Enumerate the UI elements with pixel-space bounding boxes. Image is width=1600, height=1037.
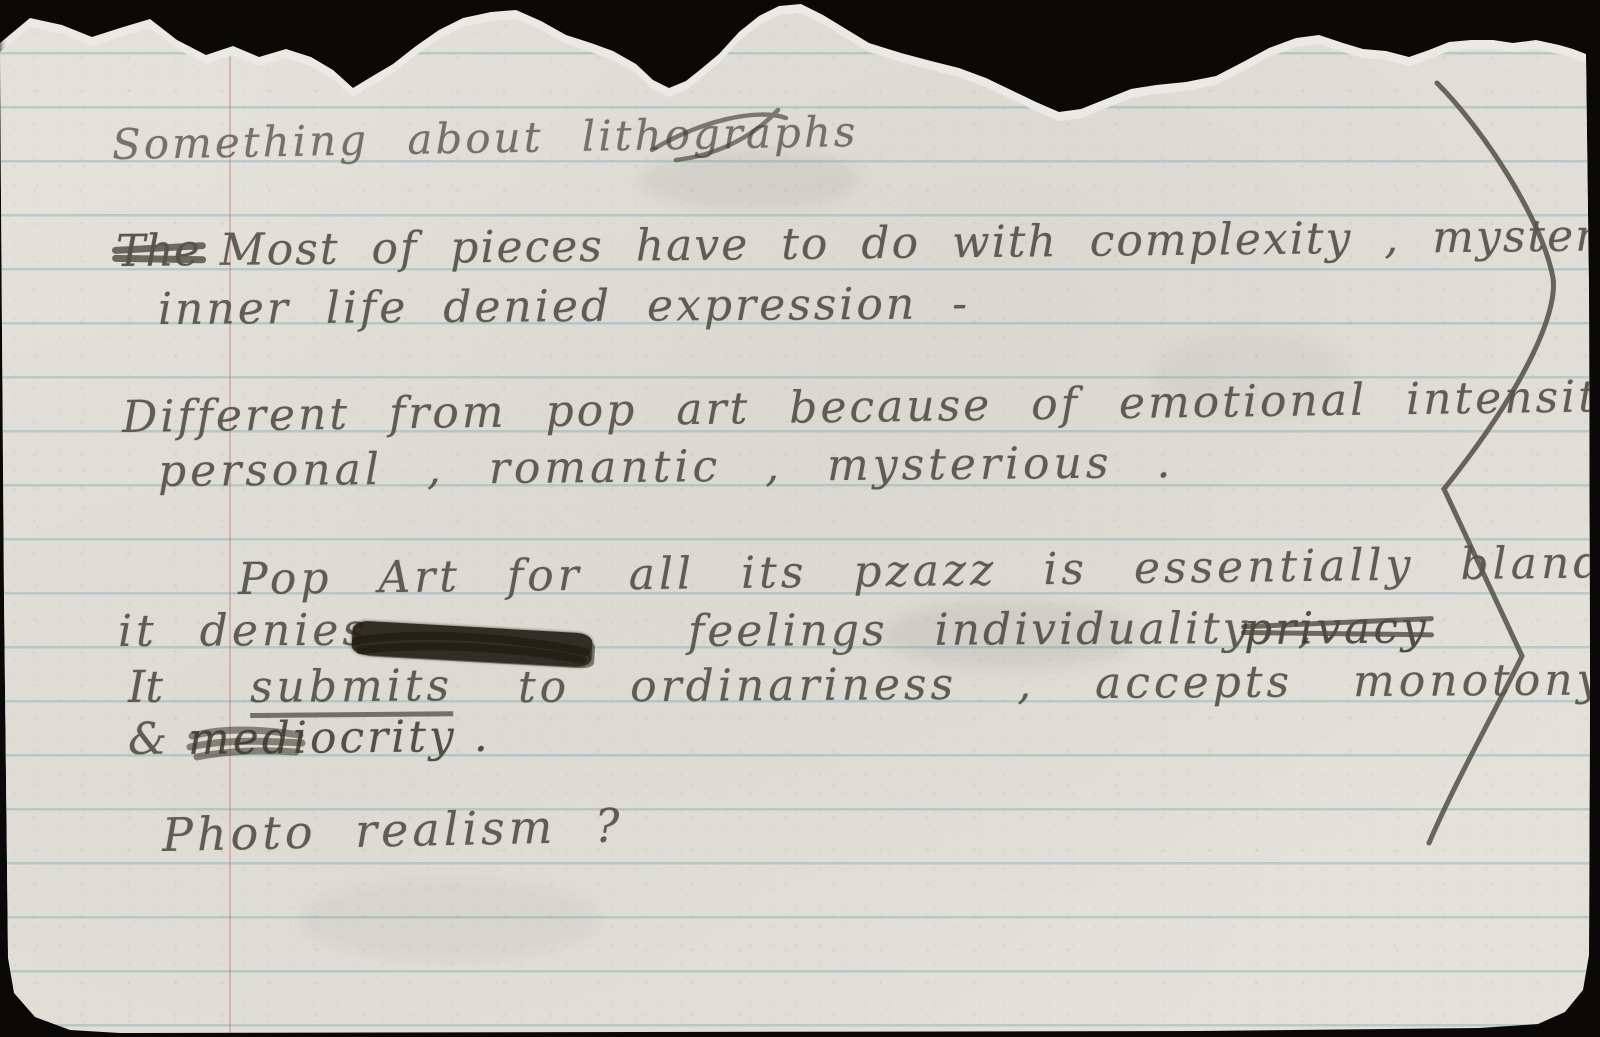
note-line: personal , romantic , mysterious . (158, 441, 1175, 494)
struck-word: The (116, 229, 200, 274)
note-line: feelings individuality , (688, 607, 1315, 654)
note-line: Most of pieces have to do with complexit… (219, 209, 1600, 276)
struck-word: privacy (1244, 606, 1429, 652)
note-line: Pop Art for all its pzazz is essentially… (238, 541, 1600, 602)
note-line: Different from pop art because of emotio… (122, 374, 1600, 440)
note-line: it denies (118, 609, 369, 654)
photographed-note: Something about lithographs TheMost of p… (0, 0, 1600, 1037)
underlined-word: submits (250, 664, 454, 718)
margin-bracket-icon (1429, 83, 1553, 843)
note-line: Photo realism ? (162, 802, 625, 858)
note-title: Something about lithographs (112, 111, 859, 166)
note-line: mediocrity . (188, 715, 491, 762)
note-line: It (128, 666, 163, 710)
paper: Something about lithographs TheMost of p… (0, 0, 1600, 1037)
note-line: & (128, 718, 168, 762)
note-line: to ordinariness , accepts monotony (518, 658, 1600, 710)
smudge (300, 880, 600, 960)
note-line: inner life denied expression - (158, 282, 970, 332)
